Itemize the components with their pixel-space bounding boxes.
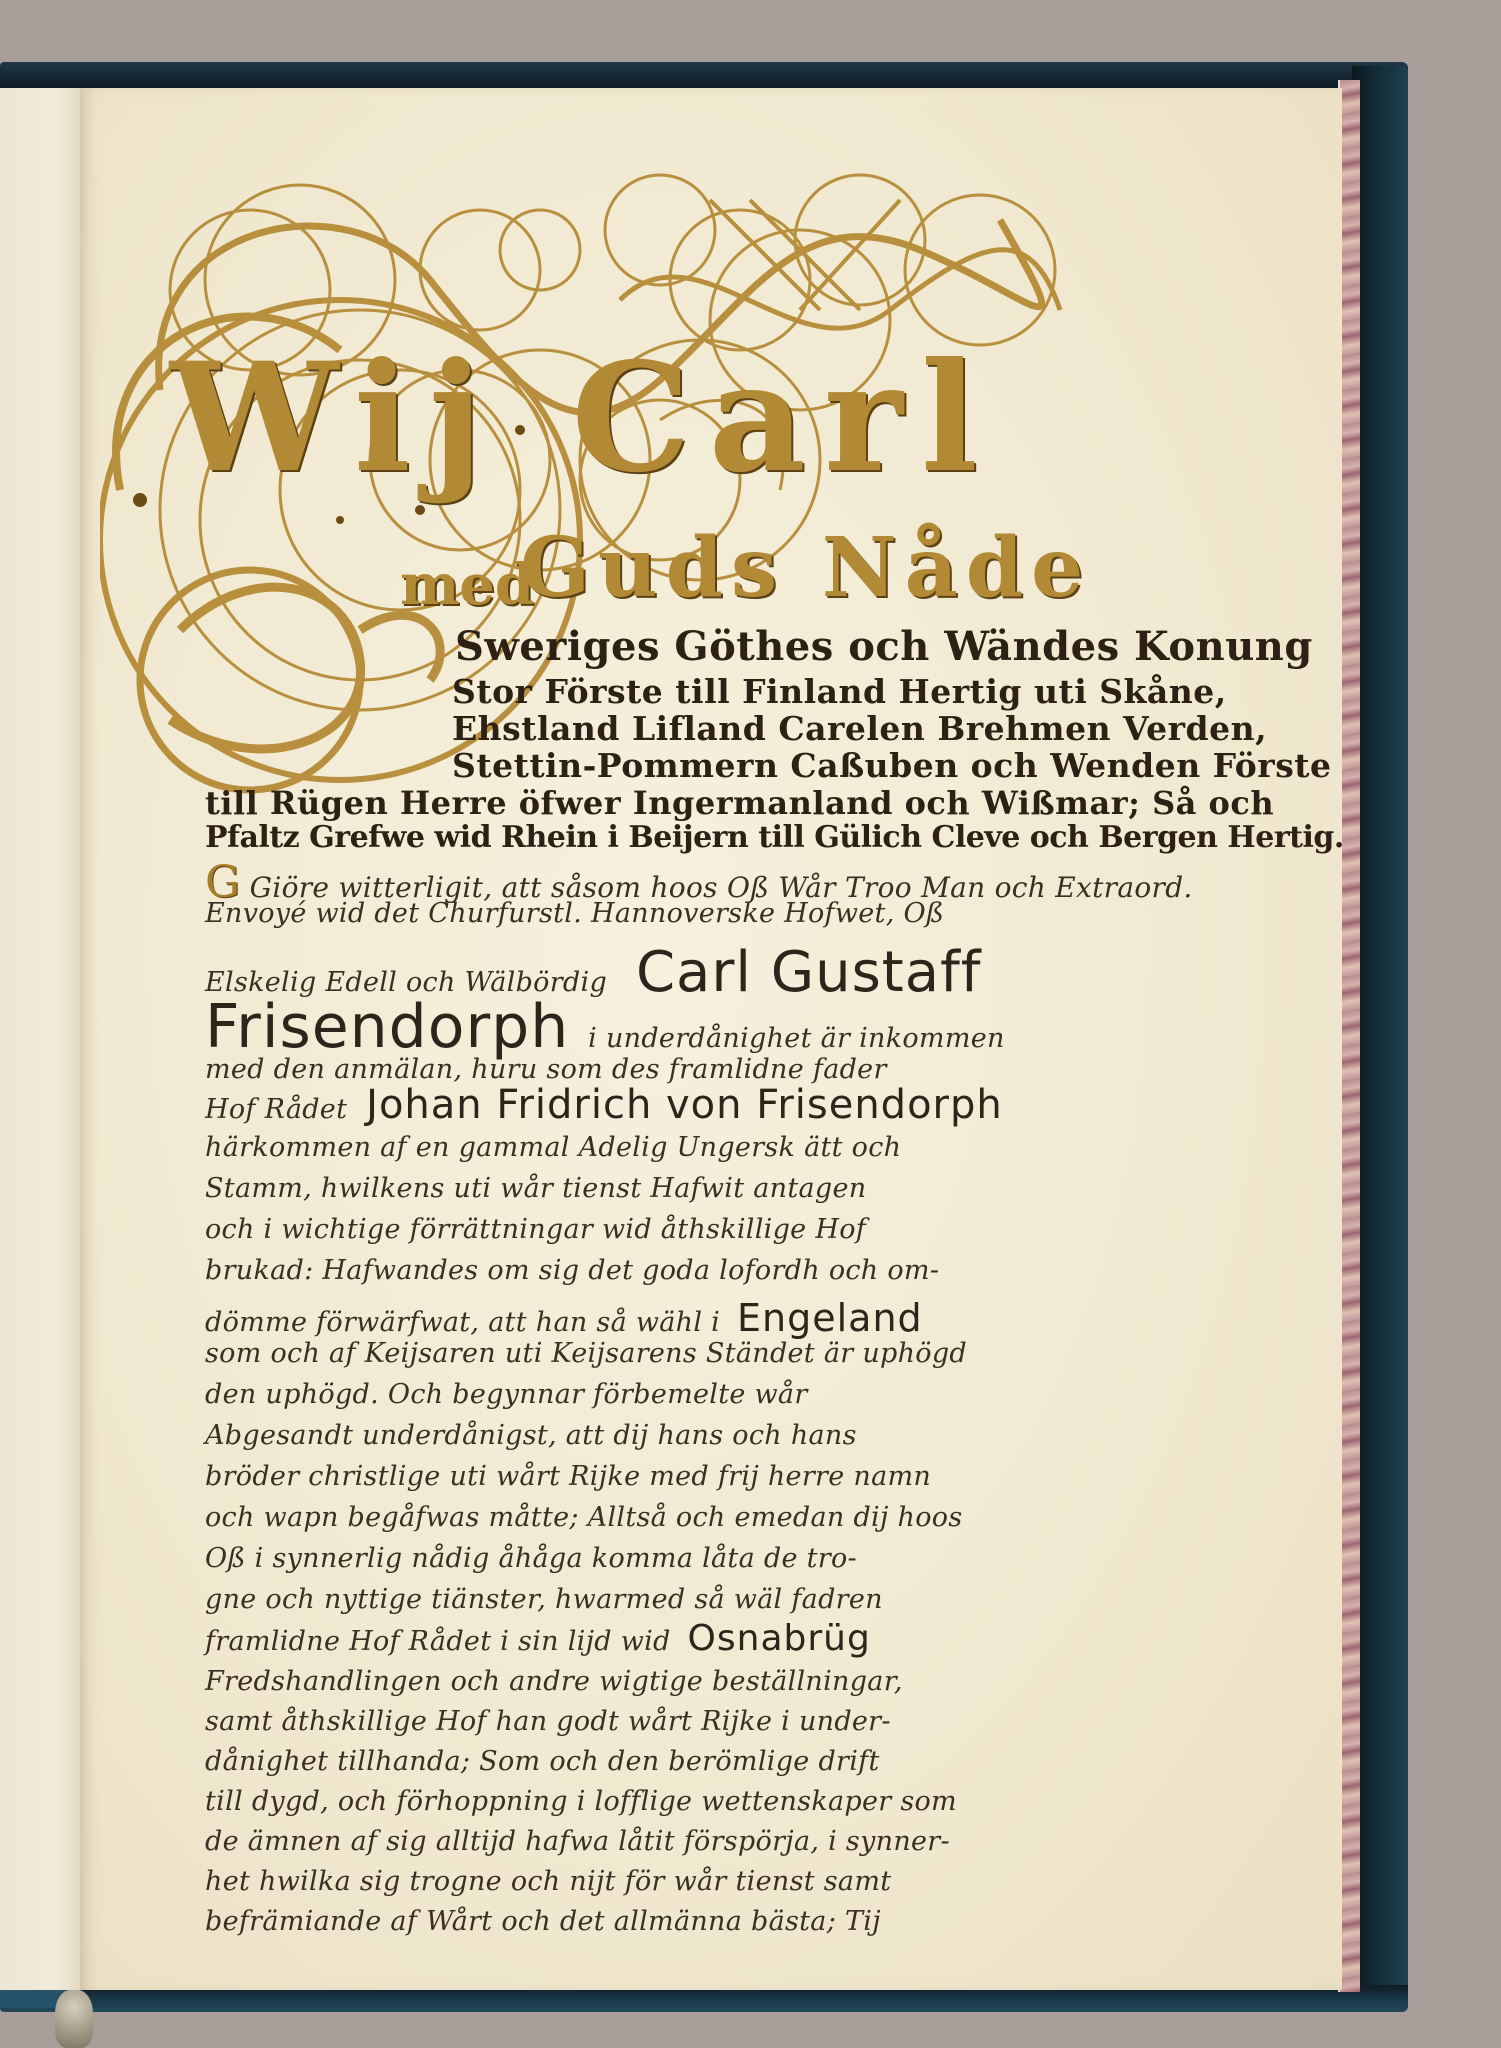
body-text: med den anmälan, huru som des framlidne … (205, 1054, 887, 1085)
body-text: Abgesandt underdånigst, att dij hans och… (205, 1420, 857, 1451)
body-line-19: framlidne Hof Rådet i sin lijd wid Osnab… (205, 1618, 871, 1659)
place-engeland: Engeland (737, 1296, 923, 1340)
body-line-15: bröder christlige uti wårt Rijke med fri… (205, 1461, 931, 1492)
heading-title-stor-forste: Stor Förste till Finland Hertig uti Skån… (452, 672, 1227, 711)
body-line-16: och wapn begåfwas måtte; Alltså och emed… (205, 1502, 963, 1533)
body-line-26: befrämiande af Wårt och det allmänna bäs… (205, 1906, 881, 1937)
body-text: och i wichtige förrättningar wid åthskil… (205, 1214, 866, 1245)
body-text: Hof Rådet (205, 1094, 347, 1125)
body-line-20: Fredshandlingen och andre wigtige bestäl… (205, 1666, 903, 1697)
body-text: i underdånighet är inkommen (588, 1023, 1005, 1054)
body-text: dömme förwärfwat, att han så wähl i (205, 1307, 720, 1338)
body-text: härkommen af en gammal Adelig Ungersk ät… (205, 1132, 901, 1163)
body-line-12: som och af Keijsaren uti Keijsarens Stän… (205, 1338, 967, 1369)
body-line-21: samt åthskillige Hof han godt wårt Rijke… (205, 1706, 891, 1737)
body-line-2: Envoyé wid det Churfurstl. Hannoverske H… (205, 898, 944, 929)
body-line-14: Abgesandt underdånigst, att dij hans och… (205, 1420, 857, 1451)
heading-guds-nade: Guds Nåde (520, 520, 1091, 616)
body-line-7: härkommen af en gammal Adelig Ungersk ät… (205, 1132, 901, 1163)
body-line-9: och i wichtige förrättningar wid åthskil… (205, 1214, 866, 1245)
velvet-binding-right (1352, 66, 1408, 2012)
body-text: gne och nyttige tiänster, hwarmed så wäl… (205, 1584, 883, 1615)
left-page (0, 88, 82, 1990)
body-text: dånighet tillhanda; Som och den berömlig… (205, 1746, 880, 1777)
body-text: framlidne Hof Rådet i sin lijd wid (205, 1626, 671, 1657)
silk-cord-tassel-icon (55, 1990, 93, 2048)
heading-title-konung: Sweriges Göthes och Wändes Konung (455, 623, 1313, 670)
heading-title-pfaltz: Pfaltz Grefwe wid Rhein i Beijern till G… (205, 820, 1344, 855)
name-johan-fridrich-von-frisendorph: Johan Fridrich von Frisendorph (366, 1082, 1003, 1128)
place-osnabrug: Osnabrüg (688, 1618, 871, 1659)
body-line-18: gne och nyttige tiänster, hwarmed så wäl… (205, 1584, 883, 1615)
body-text: Fredshandlingen och andre wigtige bestäl… (205, 1666, 903, 1697)
body-line-24: de ämnen af sig alltijd hafwa låtit förs… (205, 1826, 950, 1857)
body-text: Stamm, hwilkens uti wår tienst Hafwit an… (205, 1173, 866, 1204)
body-line-10: brukad: Hafwandes om sig det goda loford… (205, 1255, 939, 1286)
body-line-11: dömme förwärfwat, att han så wähl i Enge… (205, 1296, 923, 1340)
body-text: Envoyé wid det Churfurstl. Hannoverske H… (205, 898, 944, 929)
body-text: och wapn begåfwas måtte; Alltså och emed… (205, 1502, 963, 1533)
body-text: brukad: Hafwandes om sig det goda loford… (205, 1255, 939, 1286)
body-line-8: Stamm, hwilkens uti wår tienst Hafwit an… (205, 1173, 866, 1204)
body-text: som och af Keijsaren uti Keijsarens Stän… (205, 1338, 967, 1369)
body-line-25: het hwilka sig trogne och nijt för wår t… (205, 1866, 891, 1897)
body-text: het hwilka sig trogne och nijt för wår t… (205, 1866, 891, 1897)
body-line-23: till dygd, och förhoppning i lofflige we… (205, 1786, 957, 1817)
heading-wij-carl: Wij Carl (170, 330, 996, 506)
body-line-13: den uphögd. Och begynnar förbemelte wår (205, 1379, 808, 1410)
body-text: den uphögd. Och begynnar förbemelte wår (205, 1379, 808, 1410)
body-text: Oß i synnerlig nådig åhåga komma låta de… (205, 1543, 857, 1574)
body-line-22: dånighet tillhanda; Som och den berömlig… (205, 1746, 880, 1777)
body-line-17: Oß i synnerlig nådig åhåga komma låta de… (205, 1543, 857, 1574)
body-line-6: Hof Rådet Johan Fridrich von Frisendorph (205, 1082, 1003, 1128)
body-text: till dygd, och förhoppning i lofflige we… (205, 1786, 957, 1817)
body-text: samt åthskillige Hof han godt wårt Rijke… (205, 1706, 891, 1737)
body-line-4: Frisendorph i underdånighet är inkommen (205, 992, 1005, 1062)
body-text: de ämnen af sig alltijd hafwa låtit förs… (205, 1826, 950, 1857)
name-frisendorph: Frisendorph (205, 992, 569, 1062)
body-text: befrämiande af Wårt och det allmänna bäs… (205, 1906, 881, 1937)
body-text: bröder christlige uti wårt Rijke med fri… (205, 1461, 931, 1492)
heading-title-stettin: Stettin-Pommern Caßuben och Wenden Först… (452, 746, 1332, 785)
heading-med-prefix: med (400, 552, 534, 618)
heading-title-rugen: till Rügen Herre öfwer Ingermanland och … (205, 784, 1274, 822)
heading-title-ehstland: Ehstland Lifland Carelen Brehmen Verden, (452, 709, 1267, 748)
body-line-5: med den anmälan, huru som des framlidne … (205, 1054, 887, 1085)
